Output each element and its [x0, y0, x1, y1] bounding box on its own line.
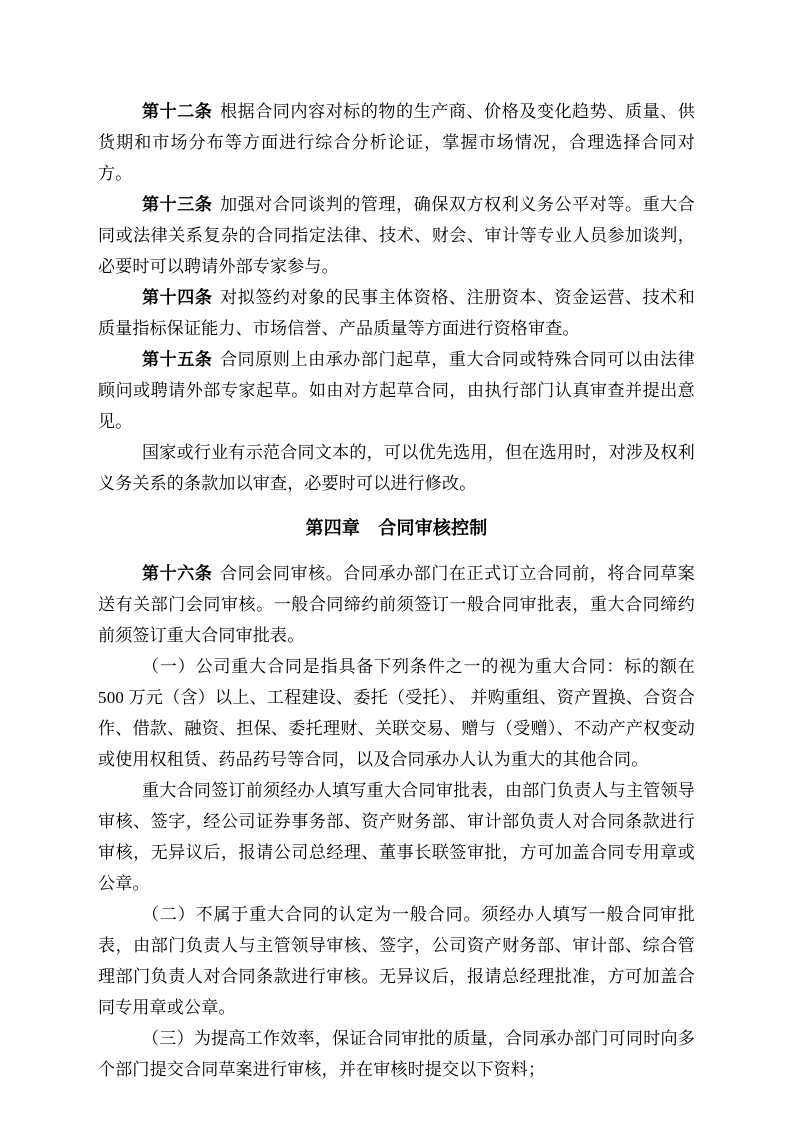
article-paragraph: 第十五条合同原则上由承办部门起草，重大合同或特殊合同可以由法律顾问或聘请外部专家… [98, 344, 695, 437]
body-paragraph: （一）公司重大合同是指具备下列条件之一的视为重大合同：标的额在 500 万元（含… [98, 651, 695, 775]
document-page: 第十二条根据合同内容对标的物的生产商、价格及变化趋势、质量、供货期和市场分布等方… [0, 0, 793, 1122]
paragraph-text: （二）不属于重大合同的认定为一般合同。须经办人填写一般合同审批表，由部门负责人与… [98, 905, 695, 1017]
article-paragraph: 第十二条根据合同内容对标的物的生产商、价格及变化趋势、质量、供货期和市场分布等方… [98, 96, 695, 189]
article-paragraph: 第十三条加强对合同谈判的管理，确保双方权利义务公平对等。重大合同或法律关系复杂的… [98, 189, 695, 282]
paragraph-text: 国家或行业有示范合同文本的，可以优先选用，但在选用时，对涉及权利义务关系的条款加… [98, 443, 695, 493]
body-paragraph: 重大合同签订前须经办人填写重大合同审批表，由部门负责人与主管领导审核、签字，经公… [98, 775, 695, 899]
article-number: 第十四条 [142, 288, 212, 307]
chapter-heading: 第四章 合同审核控制 [98, 513, 695, 544]
article-number: 第十三条 [142, 195, 212, 214]
article-number: 第十二条 [142, 102, 212, 121]
paragraph-text: （一）公司重大合同是指具备下列条件之一的视为重大合同：标的额在 500 万元（含… [98, 657, 695, 769]
article-paragraph: 第十四条对拟签约对象的民事主体资格、注册资本、资金运营、技术和质量指标保证能力、… [98, 282, 695, 344]
body-paragraph: （三）为提高工作效率，保证合同审批的质量，合同承办部门可同时向多个部门提交合同草… [98, 1023, 695, 1085]
article-number: 第十五条 [142, 350, 212, 369]
article-paragraph: 第十六条合同会同审核。合同承办部门在正式订立合同前，将合同草案送有关部门会同审核… [98, 558, 695, 651]
article-number: 第十六条 [142, 564, 212, 583]
paragraph-text: （三）为提高工作效率，保证合同审批的质量，合同承办部门可同时向多个部门提交合同草… [98, 1029, 695, 1079]
paragraph-text: 重大合同签订前须经办人填写重大合同审批表，由部门负责人与主管领导审核、签字，经公… [98, 781, 695, 893]
body-paragraph: （二）不属于重大合同的认定为一般合同。须经办人填写一般合同审批表，由部门负责人与… [98, 899, 695, 1023]
body-paragraph: 国家或行业有示范合同文本的，可以优先选用，但在选用时，对涉及权利义务关系的条款加… [98, 437, 695, 499]
